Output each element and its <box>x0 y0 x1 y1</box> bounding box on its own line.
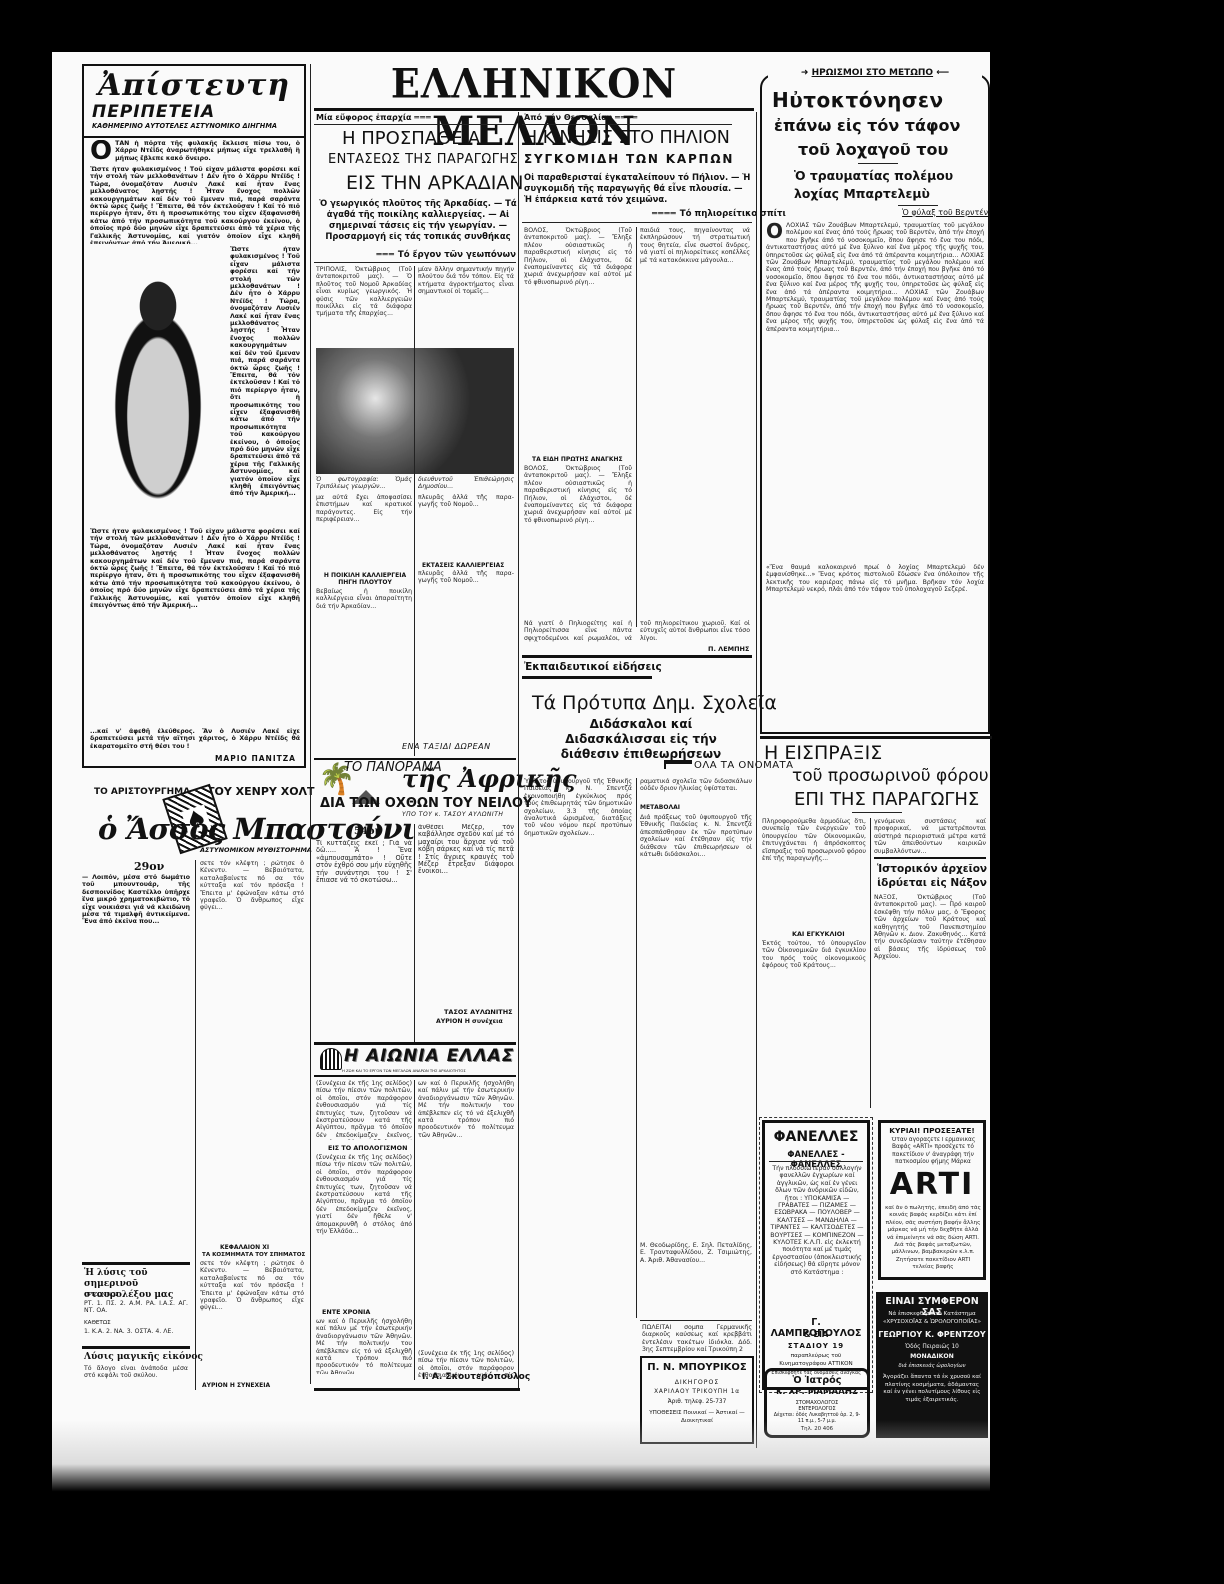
arcadia-photo <box>316 348 514 474</box>
pelion-body-3: ΒΟΛΟΣ, Ὀκτώβριος (Τοῦ ἀνταποκριτοῦ μας).… <box>524 465 632 625</box>
column-rule <box>870 818 871 1108</box>
arti-ad: ΚΥΡΙΑΙ! ΠΡΟΣΕΞΑΤΕ! Ὅταν ἀγοράζετε Γερμαν… <box>878 1120 986 1280</box>
serial-subtitle: ΑΣΤΥΝΟΜΙΚΟΝ ΜΥΘΙΣΤΟΡΗΜΑ <box>200 846 312 854</box>
divider <box>760 736 992 739</box>
flannel-ad: ΦΑΝΕΛΛΕΣ ΦΑΝΕΛΛΕΣ - ΦΑΝΕΛΛΕΣ Τήν πλουσιω… <box>762 1120 870 1390</box>
flannel-address-note: παραπλεύρως τοῦ Κινηματογράφου ΑΤΤΙΚΟΝ <box>771 1352 861 1368</box>
feature-story-box: Ἀπίστευτη ΠΕΡΙΠΕΤΕΙΑ ΚΑΘΗΜΕΡΙΝΟ ΑΥΤΟΤΕΛΕ… <box>82 64 306 768</box>
arcadia-body-2: μίαν ἄλλην σημαντικήν πηγήν πλούτου διά … <box>418 266 514 346</box>
education-kicker: Ἐκπαιδευτικοί εἰδήσεις <box>524 661 662 673</box>
arti-kicker: ΚΥΡΙΑΙ! ΠΡΟΣΕΞΑΤΕ! <box>881 1126 983 1135</box>
lawyer-title: ΔΙΚΗΓΟΡΟΣ <box>642 1379 752 1386</box>
africa-body-2: ἀνθέσει Μέζερ, τόν καβάλλησε σχεδόν καί … <box>418 824 514 1004</box>
education-body-3: Διά πράξεως τοῦ ὑφυπουργοῦ τῆς Ἐθνικῆς Π… <box>640 814 752 1314</box>
tax-section: ΚΑΙ ΕΓΚΥΚΛΙΟΙ <box>792 930 845 938</box>
education-headline-2: Διδάσκαλοι καί Διδασκάλισσαι εἰς τήν διά… <box>538 717 744 762</box>
column-rule <box>756 112 757 1448</box>
africa-kicker: ΕΝΑ ΤΑΞΙΔΙ ΔΩΡΕΑΝ <box>402 742 491 751</box>
africa-episode: 54ον <box>354 826 382 837</box>
pelion-body-1: ΒΟΛΟΣ, Ὀκτώβριος (Τοῦ ἀνταποκριτοῦ μας).… <box>524 227 632 452</box>
divider <box>84 136 304 138</box>
divider <box>82 1346 190 1349</box>
feature-story-lead: O ΤΑΝ ἡ πόρτα τῆς φυλακῆς ἔκλεισε πίσω τ… <box>90 140 300 164</box>
tax-headline-1: Η ΕΙΣΠΡΑΞΙΣ <box>764 742 882 764</box>
africa-author: ΤΑΣΟΣ ΑΥΛΩΝΙΤΗΣ <box>444 1008 513 1016</box>
africa-body-1: Τί κυττάζεις ἐκεῖ ; Γιά νά δῶ..... Ἅ ! Ἕ… <box>316 840 412 1040</box>
arcadia-body-3: μα αὐτά ἔχει ἀποφασίσει ἐπιστήμων καί κρ… <box>316 494 412 570</box>
arrow-left-icon: ⟵ <box>936 68 949 78</box>
newspaper-page: Ἀπίστευτη ΠΕΡΙΠΕΤΕΙΑ ΚΑΘΗΜΕΡΙΝΟ ΑΥΤΟΤΕΛΕ… <box>52 52 990 1530</box>
suicide-headline-1: Ηὐτοκτόνησεν <box>772 88 944 112</box>
arcadia-kicker: Μία εὔφορος ἐπαρχία ═══ <box>316 113 432 122</box>
lawyer-phone: Ἀριθ. τηλεφ. 25-737 <box>642 1399 752 1405</box>
doctor-name: κ. ΧΡ. ΜΑΜΑΛΗΣ <box>767 1387 867 1397</box>
education-headline-1: Τά Πρότυπα Δημ. Σχολεῖα <box>532 692 777 714</box>
arti-intro: Ὅταν ἀγοράζετε Γερμανικάς Βαφάς «ARTI» π… <box>885 1137 981 1167</box>
arcadia-photo-caption-1: Ὁ φωτογραφία: Ὁμάς Τριπόλεως γεωργῶν... <box>316 476 412 490</box>
flannel-merchant-2: & ΣΙΑ <box>765 1330 867 1339</box>
sale-notice: ΠΩΛΕΙΤΑΙ σομπα Γερμανικῆς διαρκοῦς καύσε… <box>642 1324 752 1354</box>
divider <box>898 205 938 206</box>
pelion-deck: Οἱ παραθερισταί ἐγκαταλείπουν τό Πήλιον.… <box>524 172 752 205</box>
arcadia-body-4: πλευρᾶς ἀλλά τῆς παρα-γωγῆς τοῦ Νομοῦ... <box>418 494 514 560</box>
arcadia-body-1: ΤΡΙΠΟΛΙΣ, Ὀκτώβριος (Τοῦ ἀνταποκριτοῦ μα… <box>316 266 412 346</box>
column-rule <box>414 824 415 1042</box>
column-rule-main <box>310 64 311 1384</box>
frentzos-body-2: Ἀγοράζει ἅπαντα τά ἐκ χρυσοῦ καί πλατίνη… <box>882 1374 982 1404</box>
education-section: ΜΕΤΑΒΟΛΑΙ <box>640 804 680 811</box>
heroism-kicker: ➜ ΗΡΩΙΣΜΟΙ ΣΤΟ ΜΕΤΩΠΟ ⟵ <box>768 68 982 78</box>
serial-chapter-title: ΤΑ ΚΟΣΜΗΜΑΤΑ ΤΟΥ ΣΠΗΜΑΤΟΣ <box>202 1252 305 1258</box>
suicide-deck-1: Ὁ τραυματίας πολέμου <box>794 168 953 183</box>
divider <box>858 163 898 164</box>
puzzle-title: Λύσις μαγικῆς εἰκόνος <box>84 1352 203 1362</box>
eternal-greece-body-2: ων καί ὁ Περικλῆς ἠσχολήθη καί πάλιν μέ … <box>418 1080 514 1350</box>
feature-title-block: ΠΕΡΙΠΕΤΕΙΑ <box>92 102 215 122</box>
feature-story-continuation: Ὥστε ἦταν φυλακισμένος ! Τοῦ εἶχαν μάλισ… <box>90 528 300 728</box>
eternal-greece-title: Η ΑΙΩΝΙΑ ΕΛΛΑΣ <box>344 1046 514 1066</box>
crossword-solution-sub: ΟΡΙΖΟΝΤΙΩΣ <box>84 1292 119 1298</box>
pelion-body-end-a: Νά γιατί ὁ Πηλιορείτης καί ἡ Πηλιορείτισ… <box>524 620 632 642</box>
divider <box>852 812 902 813</box>
arcadia-headline-1: Η ΠΡΟΣΠΑΘΕΙΑ <box>342 128 480 149</box>
arti-body: καί ἄν ὁ πωλητής, ἐπειδή ἀπό τάς κοινάς … <box>885 1205 981 1277</box>
feature-subtitle: ΚΑΘΗΜΕΡΙΝΟ ΑΥΤΟΤΕΛΕΣ ΑΣΤΥΝΟΜΙΚΟ ΔΙΗΓΗΜΑ <box>92 122 277 130</box>
tax-body-3: Ἐκτός τούτου, τό ὑπουργεῖον τῶν Οἰκονομι… <box>762 940 866 1090</box>
pelion-body-end-b: τοῦ πηλιορείτικου χωριοῦ. Καί οἱ εὐτυχεῖ… <box>640 620 750 642</box>
frentzos-owner: ΓΕΩΡΓΙΟΥ Κ. ΦΡΕΝΤΖΟΥ <box>876 1330 988 1339</box>
divider <box>82 1262 190 1265</box>
pelion-headline-2: ΣΥΓΚΟΜΙΔΗ ΤΩΝ ΚΑΡΠΩΝ <box>524 152 734 166</box>
eternal-greece-section: ΕΙΣ ΤΟ ΑΠΟΛΟΓΙΣΜΟΝ <box>328 1144 407 1152</box>
feature-story-body: Ὥστε ἦταν φυλακισμένος ! Τοῦ εἶχαν μάλισ… <box>90 166 300 244</box>
tax-body-2: γενόμεναι συστάσεις καί προφορικαί, νά μ… <box>874 818 986 854</box>
education-body-4: Μ. Θεοδωρίδης, Ε. Σηλ. Πεταλίδης, Ε. Τρα… <box>640 1242 752 1312</box>
divider <box>314 1388 520 1391</box>
arcadia-subhead: ═══ Τό ἔργον τῶν γεωπόνων <box>376 250 516 260</box>
divider <box>314 262 516 263</box>
serial-episode: 29ον <box>134 860 164 873</box>
pelion-kicker: Ἀπό τήν Θεσσαλίαν ════ <box>524 113 638 122</box>
feature-story-end: ...καί ν' ἀφεθῆ ἐλεύθερος. Ἄν ὁ Λυσιέν Λ… <box>90 728 300 752</box>
divider <box>314 1042 516 1045</box>
flannel-address: ΣΤΑΔΙΟΥ 19 <box>765 1342 867 1350</box>
flannel-title-1: ΦΑΝΕΛΛΕΣ <box>765 1129 867 1145</box>
doctor-title: Ὁ Ἰατρός <box>767 1375 867 1386</box>
divider <box>522 124 732 125</box>
serial-kicker-right: ΤΟΥ ΧΕΝΡΥ ΧΟΛΤ <box>207 785 315 798</box>
arcadia-body-6: πλευρᾶς ἀλλά τῆς παρα-γωγῆς τοῦ Νομοῦ... <box>418 570 514 754</box>
crossword-solution-word: ΚΑΘΕΤΩΣ <box>84 1320 111 1326</box>
column-rule <box>636 227 637 627</box>
arcadia-body-5: Βεβαίως ἡ ποικίλη καλλιέργεια εἶναι ἀπαρ… <box>316 588 412 754</box>
frentzos-ad: ΕΙΝΑΙ ΣΥΜΦΕΡΟΝ ΣΑΣ Νά ἐπισκεφθῆτε τό Κατ… <box>876 1292 988 1438</box>
pelion-headline-1: Η ΚΙΝΗΣΙΣ ΣΤΟ ΠΗΛΙΟΝ <box>524 128 730 148</box>
arcadia-headline-3: ΕΙΣ ΤΗΝ ΑΡΚΑΔΙΑΝ <box>346 172 524 194</box>
eternal-greece-body-1: (Συνέχεια ἐκ τῆς 1ης σελίδος) πίσω τήν π… <box>316 1080 412 1140</box>
education-body-1: Ὑπό τοῦ ὑφυπουργοῦ τῆς Ἐθνικῆς Παιδείας … <box>524 778 632 1333</box>
crossword-solution-body: ΡΤ. 1. ΠΣ. 2. Α.Μ. ΡΑ. Ι.Α.Σ. ΑΓ. ΝΤ. ΟΑ… <box>84 1300 188 1320</box>
archive-body: ΝΑΞΟΣ, Ὀκτώβριος (Τοῦ ἀνταποκριτοῦ μας).… <box>874 894 986 1090</box>
divider <box>522 222 752 223</box>
divider <box>769 1161 863 1162</box>
divider <box>522 655 752 658</box>
puzzle-text: Τό ἄλογο εἶναι ἀνάποδα μέσα στό κεφάλι τ… <box>84 1365 188 1385</box>
dropcap-o: O <box>766 222 783 240</box>
africa-byline: ΥΠΟ ΤΟΥ κ. ΤΑΣΟΥ ΑΥΛΩΝΙΤΗ <box>402 811 503 818</box>
pelion-author: Π. ΛΕΜΠΗΣ <box>708 645 749 653</box>
frentzos-body-1: Νά ἐπισκεφθῆτε τό Κατάστημα «ΧΡΥΣΟΧΟΪΑΣ … <box>880 1310 984 1326</box>
masthead-rule <box>314 108 754 111</box>
column-rule <box>195 860 196 1390</box>
arrow-right-icon: ➜ <box>801 68 812 78</box>
feature-story-author: ΜΑΡΙΟ ΠΑΝΙΤΖΑ <box>215 754 296 763</box>
helmet-icon <box>320 1048 342 1070</box>
serial-body-c: σετε τόν κλέφτη ; ρώτησε ὁ Κένεντυ. — Βε… <box>200 1260 304 1380</box>
suicide-headline-3: τοῦ λοχαγοῦ του <box>798 140 948 159</box>
eternal-greece-body-3: (Συνέχεια ἐκ τῆς 1ης σελίδος) πίσω τήν π… <box>316 1154 412 1304</box>
suicide-body-2: «Ἕνα θαυμά καλοκαιρινό πρωί ὁ λοχίας Μπα… <box>766 564 984 724</box>
serial-continued: ΑΥΡΙΟΝ Η ΣΥΝΕΧΕΙΑ <box>202 1382 270 1389</box>
pelion-section: ΤΑ ΕΙΔΗ ΠΡΩΤΗΣ ΑΝΑΓΚΗΣ <box>532 456 623 463</box>
scan-shadow <box>52 1420 990 1530</box>
education-body-2: ραματικά σχολεῖα τῶν διδασκάλων οὐδέν ὅρ… <box>640 778 752 800</box>
arcadia-section-2: Η ΠΟΙΚΙΛΗ ΚΑΛΛΙΕΡΓΕΙΑ ΠΗΓΗ ΠΛΟΥΤΟΥ <box>318 572 412 586</box>
column-rule <box>414 266 415 756</box>
tax-headline-3: ΕΠΙ ΤΗΣ ΠΑΡΑΓΩΓΗΣ <box>794 789 979 810</box>
serial-body-b: σετε τόν κλέφτη ; ρώτησε ὁ Κένεντυ. — Βε… <box>200 860 304 1240</box>
feature-title-script: Ἀπίστευτη <box>98 68 290 103</box>
frentzos-tag-2: διά ἐπισκευάς ὡρολογίων <box>876 1363 988 1369</box>
divider <box>640 1320 752 1321</box>
feature-illustration <box>88 246 228 526</box>
dropcap-o: O <box>90 140 112 162</box>
suicide-subhead: Ὁ φύλαξ τοῦ Βερντέν <box>902 208 988 217</box>
divider <box>314 1075 516 1077</box>
pelion-body-2: παιδιά τους, πηγαίνοντας νά ἐκπληρώσουν … <box>640 227 750 627</box>
africa-continued: ΑΥΡΙΟΝ Η συνέχεια <box>436 1018 503 1025</box>
doctor-specialty-2: ΕΝΤΕΡΟΛΟΓΟΣ <box>767 1406 867 1412</box>
africa-title-3: ΔΙΑ ΤΩΝ ΟΧΘΩΝ ΤΟΥ ΝΕΙΛΟΥ <box>320 796 532 811</box>
arcadia-photo-caption-2: διευθυντοῦ Ἐπιθεώρησις Δημοσίου... <box>418 476 514 490</box>
column-rule <box>518 112 519 1388</box>
suicide-deck-2: λοχίας Μπαρτελεμὺ <box>794 186 930 201</box>
suicide-headline-2: ἐπάνω εἰς τόν τάφον <box>774 116 960 135</box>
serial-body-a: — Λοιπόν, μέσα στό δωμάτιο τοῦ μπουντουά… <box>82 874 190 1254</box>
divider <box>314 124 514 125</box>
eternal-greece-author: Ι. Α. Σκουτερόπουλος <box>422 1372 530 1382</box>
lawyer-address: ΧΑΡΙΛΑΟΥ ΤΡΙΚΟΥΠΗ 1α <box>642 1389 752 1395</box>
divider <box>522 676 652 679</box>
eternal-greece-subtitle: Η ΖΩΗ ΚΑΙ ΤΟ ΕΡΓΟΝ ΤΩΝ ΜΕΓΑΛΩΝ ΑΝΔΡΩΝ ΤΗ… <box>342 1068 514 1073</box>
arcadia-headline-2: ΕΝΤΑΣΕΩΣ ΤΗΣ ΠΑΡΑΓΩΓΗΣ <box>328 152 518 167</box>
flannel-body: Τήν πλουσιωτέραν συλλογήν φανελλῶν ἐγχωρ… <box>769 1165 865 1313</box>
archive-headline: Ἱστορικόν ἀρχεῖον ἱδρύεται εἰς Νάξον <box>876 862 988 890</box>
column-rule <box>636 778 637 1318</box>
crossword-solution-body-2: 1. Κ.Α. 2. ΝΑ. 3. ΟΣΤΑ. 4. ΛΕ. <box>84 1328 188 1342</box>
divider <box>874 857 986 859</box>
serial-chapter: ΚΕΦΑΛΑΙΟΝ ΧΙ <box>220 1244 269 1251</box>
arti-brand: ARTI <box>881 1167 983 1202</box>
column-rule <box>414 1080 415 1380</box>
eternal-greece-section-2: ΕΝΤΕ ΧΡΟΝΙΑ <box>322 1308 370 1316</box>
frentzos-address: Ὁδός Πειραιῶς 10 <box>876 1344 988 1350</box>
lawyer-name: Π. Ν. ΜΠΟΥΡΙΚΟΣ <box>642 1362 752 1373</box>
africa-title-2: τῆς Ἀφρικῆς <box>402 764 577 793</box>
eternal-greece-body-4: ων καί ὁ Περικλῆς ἠσχολήθη καί πάλιν μέ … <box>316 1318 412 1374</box>
suicide-body: O ΛΟΧΙΑΣ τῶν Ζουάβων Μπαρτελεμύ, τραυματ… <box>766 222 984 562</box>
arcadia-deck: Ὁ γεωργικός πλοῦτος τῆς Ἀρκαδίας. — Τά ἀ… <box>318 198 518 242</box>
arcadia-section-1: ΕΚΤΑΣΕΙΣ ΚΑΛΛΙΕΡΓΕΙΑΣ <box>422 562 504 569</box>
feature-story-side-text: Ὥστε ἦταν φυλακισμένος ! Τοῦ εἶχαν μάλισ… <box>230 246 300 526</box>
tax-headline-2: τοῦ προσωρινοῦ φόρου <box>792 766 989 786</box>
frentzos-tag: ΜΟΝΑΔΙΚΟΝ <box>876 1353 988 1360</box>
